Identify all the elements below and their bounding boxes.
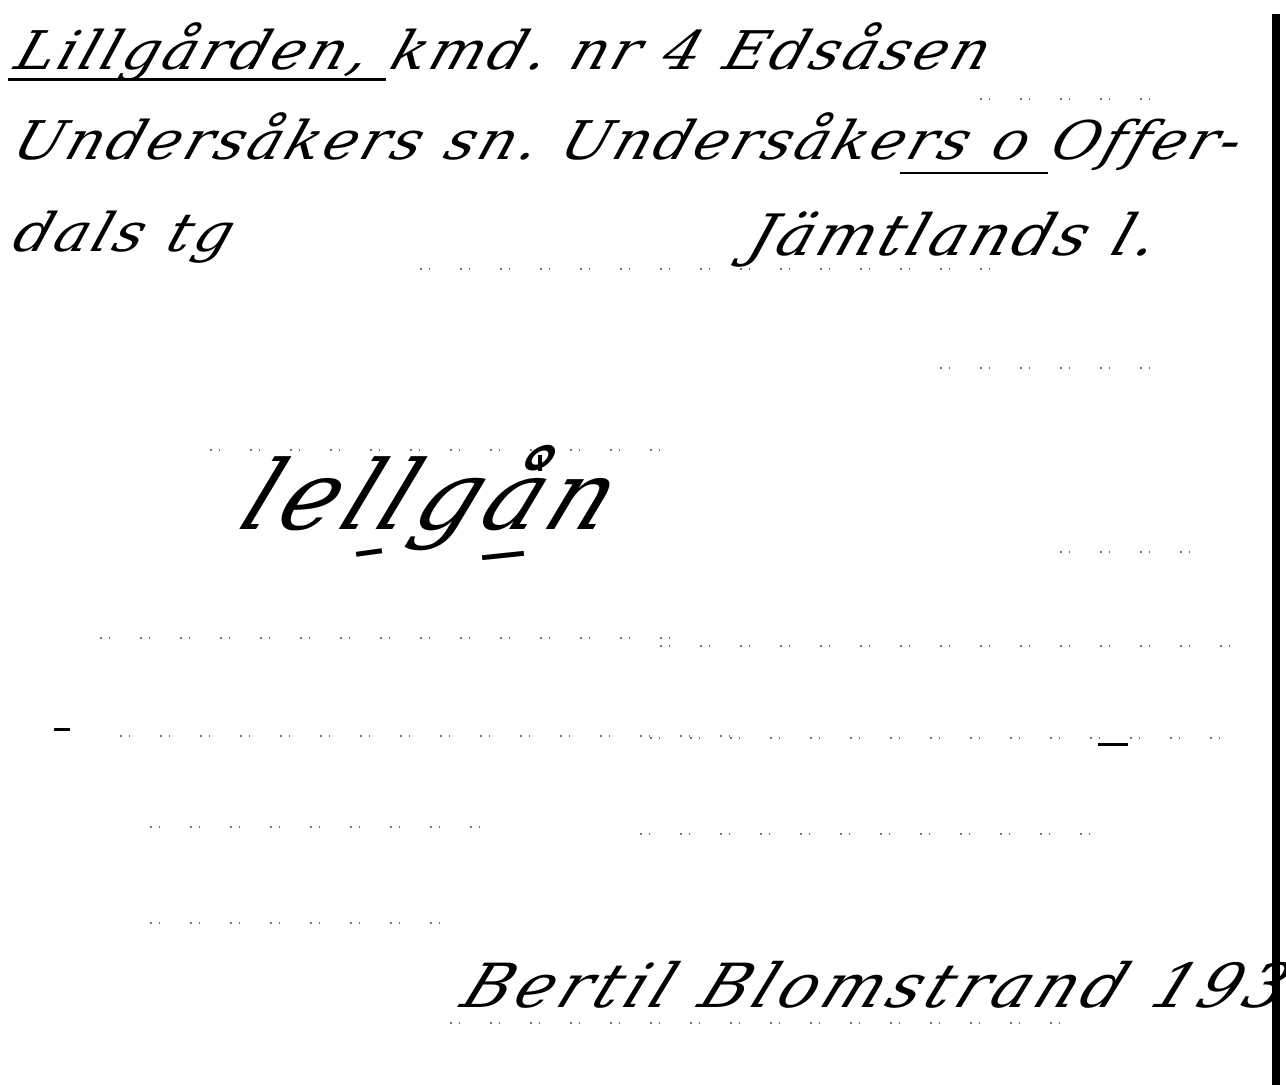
ruled-line: [640, 833, 1120, 835]
header-line-1: Lillgården, kmd. nr 4 Edsåsen: [8, 19, 1003, 82]
index-card: Lillgården, kmd. nr 4 Edsåsen Undersåker…: [0, 0, 1286, 1085]
ruled-line: [100, 637, 700, 639]
signature: Bertil Blomstrand 1934: [452, 952, 1286, 1022]
header-line-2: Undersåkers sn. Undersåkers o Offer-: [6, 109, 1254, 172]
ruled-line: [660, 645, 1250, 647]
ruled-line: [940, 367, 1180, 369]
scan-dash: [1098, 743, 1128, 746]
ruled-line: [420, 268, 1020, 270]
length-mark-2: [482, 551, 524, 560]
parcel-reference: , kmd. nr 4 Edsåsen: [340, 19, 1002, 82]
ruled-line: [450, 1022, 1070, 1024]
phonetic-transcription: lellgån: [226, 440, 643, 552]
signature-name: Bertil Blomstrand: [452, 952, 1144, 1022]
district-name: dals tg: [6, 201, 246, 264]
ruled-line: [150, 826, 480, 828]
ruled-line: [980, 98, 1180, 100]
scan-dash: [54, 728, 70, 731]
ruled-line: [150, 922, 470, 924]
county-name: Jämtlands l.: [740, 202, 1171, 269]
ruled-line: [210, 449, 670, 451]
ruled-line: [650, 737, 1250, 739]
accent-mark: [538, 455, 542, 471]
place-name: Lillgården: [8, 19, 361, 82]
card-right-edge: [1272, 14, 1280, 1085]
place-name-underline: [8, 78, 386, 81]
ruled-line: [1060, 551, 1200, 553]
ruled-fragment: [900, 172, 1048, 174]
signature-year: 1934: [1141, 952, 1286, 1022]
